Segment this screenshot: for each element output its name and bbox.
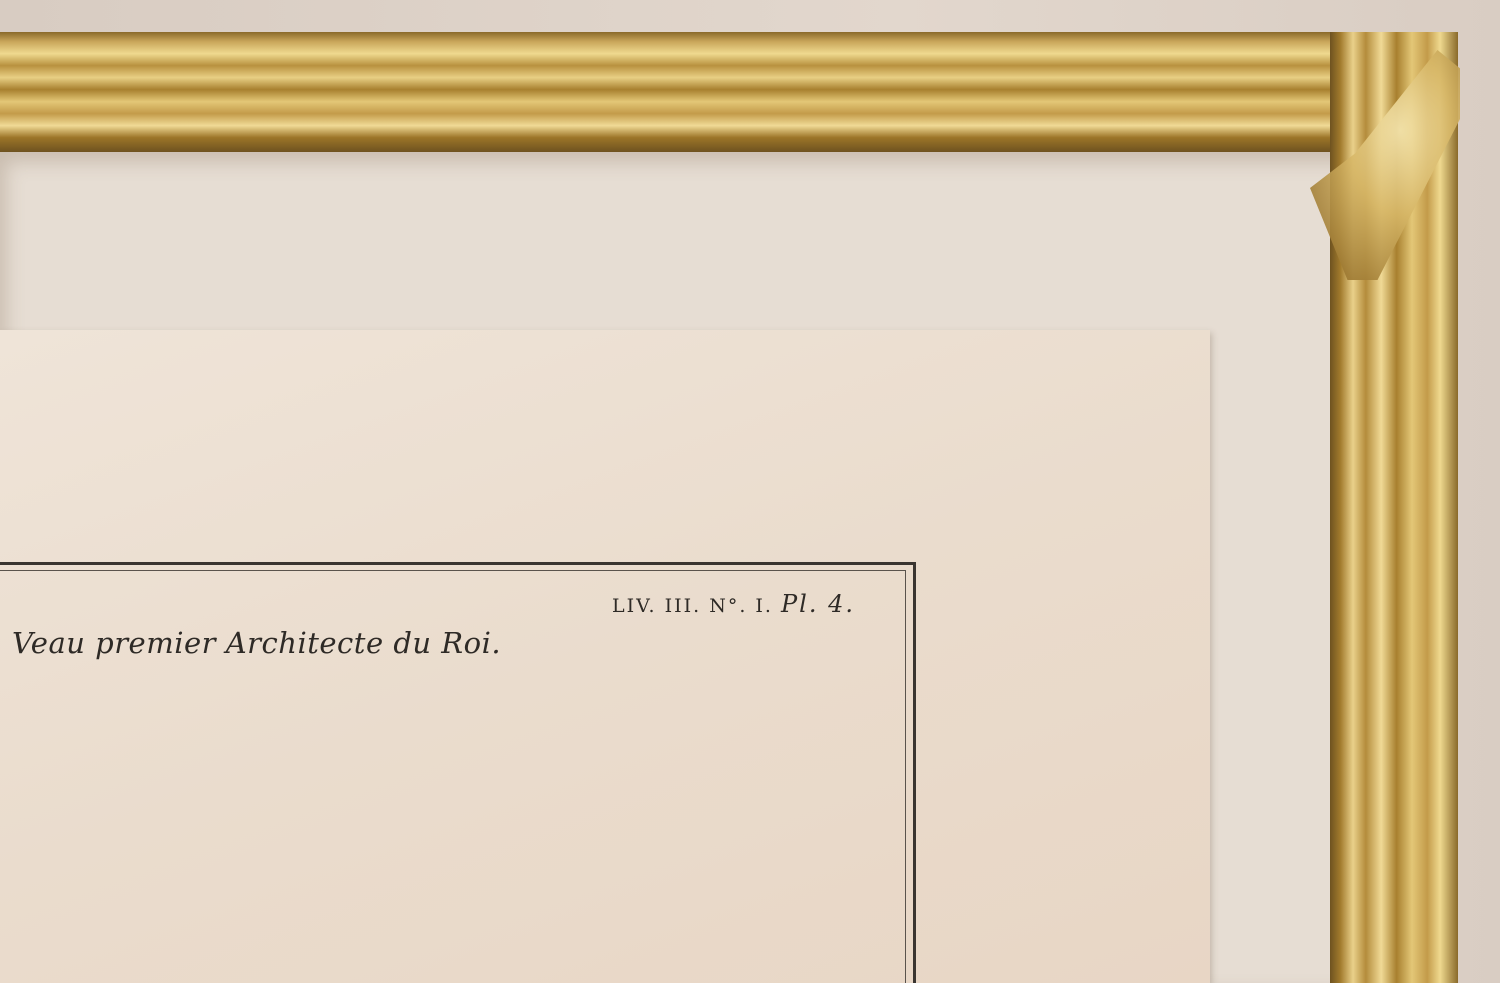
gilt-frame-top bbox=[0, 32, 1458, 152]
plate-reference: LIV. III. N°. I. Pl. 4. bbox=[612, 590, 855, 618]
plate-number: N°. I. bbox=[709, 595, 773, 617]
plate-book: LIV. III. bbox=[612, 595, 701, 617]
plate-plate: Pl. 4. bbox=[781, 590, 855, 618]
engraving-caption: Veau premier Architecte du Roi. bbox=[12, 626, 501, 660]
